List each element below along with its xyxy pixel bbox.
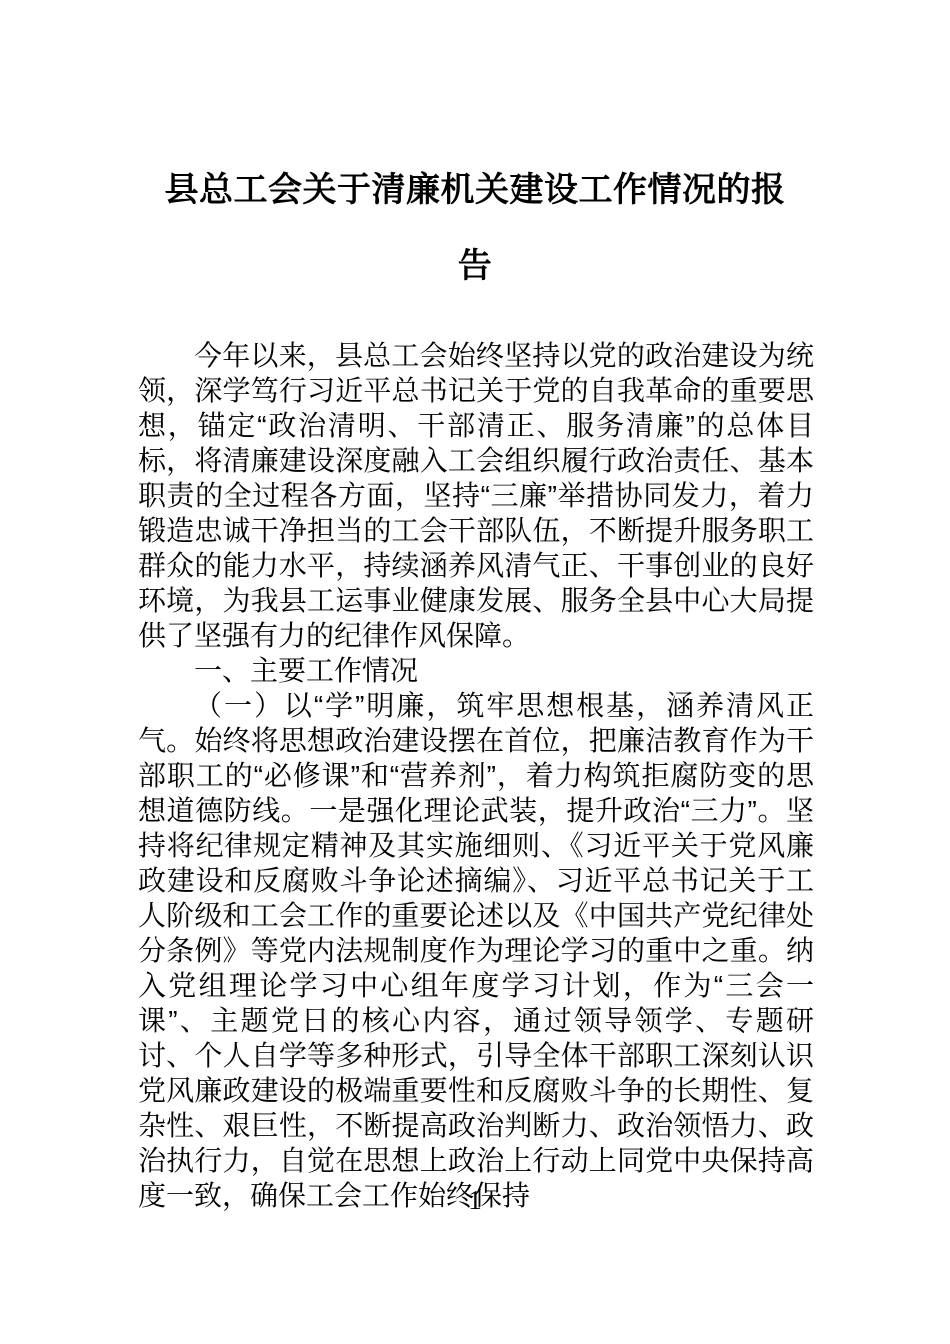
document-body: 今年以来，县总工会始终坚持以党的政治建设为统领，深学笃行习近平总书记关于党的自我… bbox=[138, 338, 814, 1213]
document-title-line-2: 告 bbox=[88, 228, 862, 304]
section-heading-main-work: 一、主要工作情况 bbox=[138, 653, 814, 688]
paragraph-intro: 今年以来，县总工会始终坚持以党的政治建设为统领，深学笃行习近平总书记关于党的自我… bbox=[138, 338, 814, 653]
page-number: 1 bbox=[0, 1184, 950, 1216]
document-title: 县总工会关于清廉机关建设工作情况的报 告 bbox=[88, 152, 862, 304]
document-title-line-1: 县总工会关于清廉机关建设工作情况的报 bbox=[88, 152, 862, 228]
document-page: 县总工会关于清廉机关建设工作情况的报 告 今年以来，县总工会始终坚持以党的政治建… bbox=[0, 0, 950, 1344]
paragraph-section-one: （一）以“学”明廉，筑牢思想根基，涵养清风正气。始终将思想政治建设摆在首位，把廉… bbox=[138, 688, 814, 1213]
